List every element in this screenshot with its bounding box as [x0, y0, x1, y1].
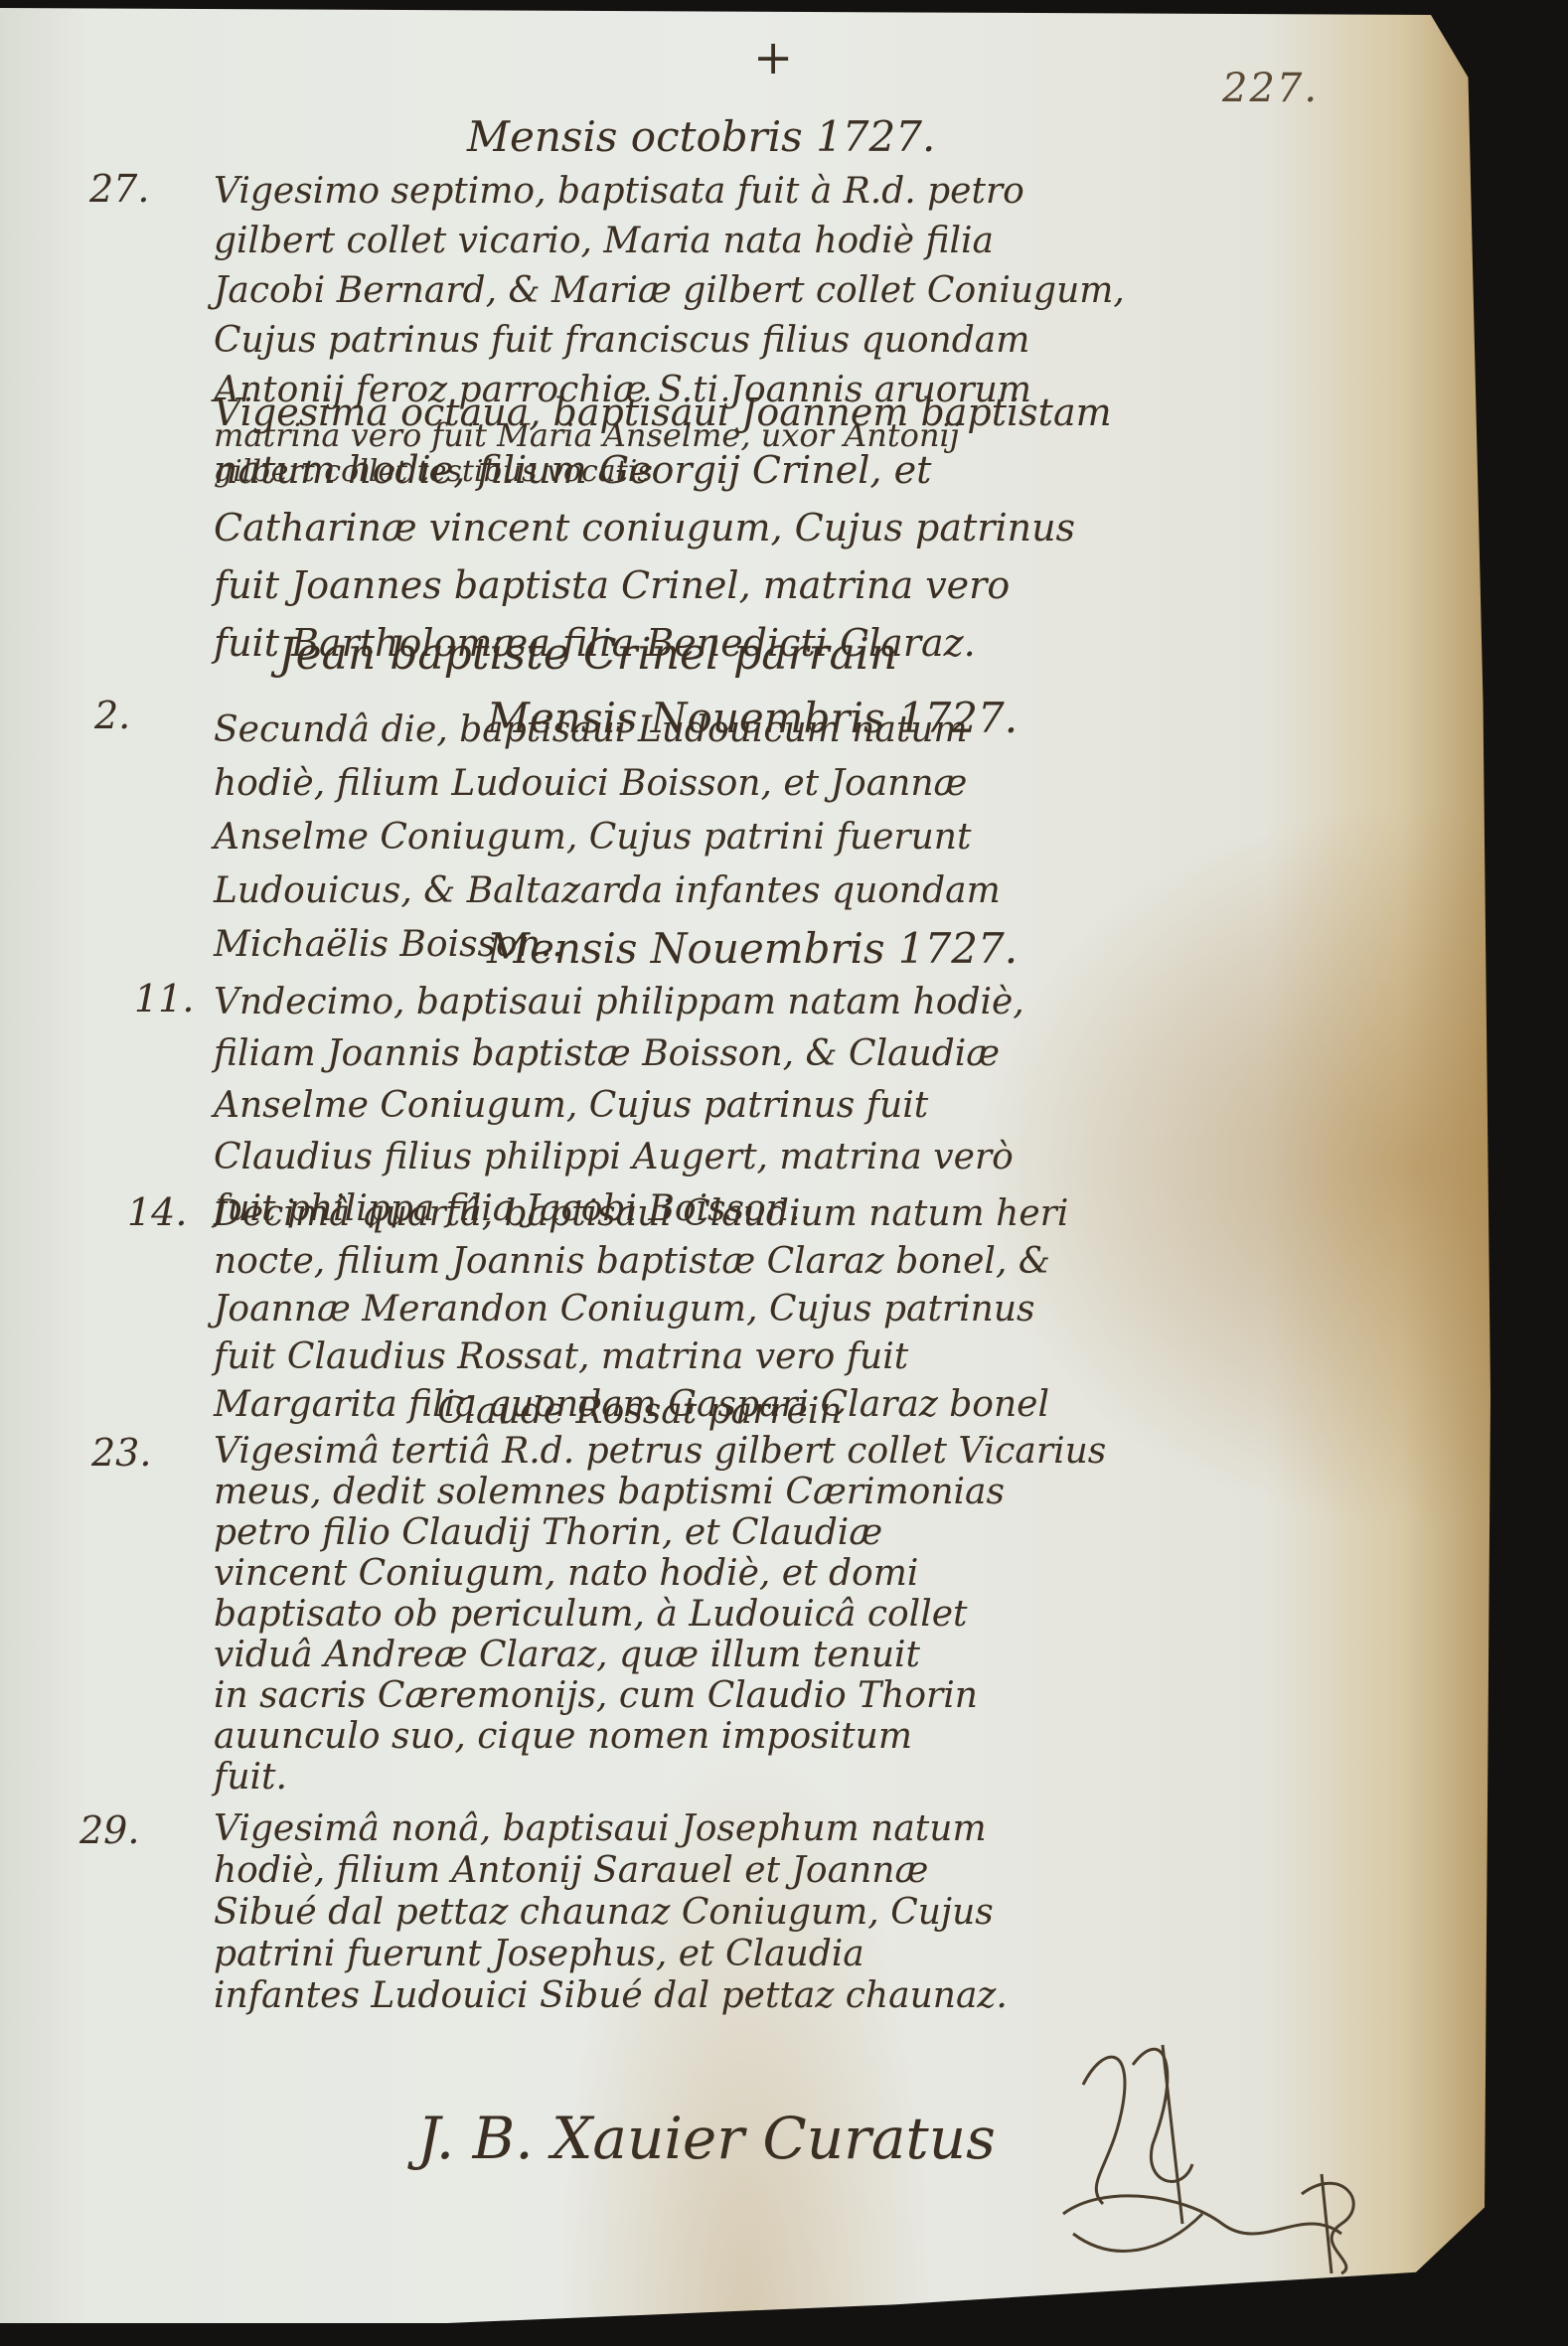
month-heading-october: Mensis octobris 1727.: [467, 112, 935, 161]
margin-day-2: 2.: [94, 694, 130, 737]
entry-line: fuit.: [214, 1757, 1466, 1798]
entry-line: hodiè, filium Antonij Sarauel et Joannæ: [214, 1850, 1466, 1892]
entry-line: hodiè, filium Ludouici Boisson, et Joann…: [214, 757, 1466, 811]
entry-line: Joannæ Merandon Coniugum, Cujus patrinus: [214, 1286, 1466, 1333]
margin-day-23: 23.: [91, 1431, 151, 1475]
entry-line: Sibué dal pettaz chaunaz Coniugum, Cujus: [214, 1892, 1466, 1934]
entry-line: Vigesimâ tertiâ R.d. petrus gilbert coll…: [214, 1431, 1466, 1472]
entry-line: Vigesimâ nonâ, baptisaui Josephum natum: [214, 1808, 1466, 1850]
register-page: + 227. Mensis octobris 1727. 27. Vigesim…: [0, 8, 1490, 2323]
godparent-note: Jean baptiste Crinel parrain: [278, 629, 897, 680]
cross-mark: +: [753, 30, 793, 85]
entry-line: fuit Joannes baptista Crinel, matrina ve…: [214, 556, 1466, 614]
margin-day-27: 27.: [89, 167, 149, 211]
folio-number: 227.: [1222, 66, 1319, 111]
entry-line: viduâ Andreæ Claraz, quæ illum tenuit: [214, 1635, 1466, 1675]
entry-line: Vigesima octaua, baptisaui Joannem bapti…: [214, 384, 1466, 441]
entry-line: nocte, filium Joannis baptistæ Claraz bo…: [214, 1238, 1466, 1286]
entry-line: Ludouicus, & Baltazarda infantes quondam: [214, 864, 1466, 918]
signature-flourish-icon: [1043, 2025, 1381, 2283]
margin-day-11: 11.: [134, 977, 194, 1020]
entry-line: in sacris Cæremonijs, cum Claudio Thorin: [214, 1675, 1466, 1716]
godparent-note: Claude Rossat parrein: [437, 1391, 843, 1432]
entry-line: infantes Ludouici Sibué dal pettaz chaun…: [214, 1975, 1466, 2017]
entry-29-november: Vigesimâ nonâ, baptisaui Josephum natum …: [214, 1808, 1466, 2017]
entry-line: auunculo suo, cique nomen impositum: [214, 1716, 1466, 1757]
margin-day-14: 14.: [127, 1190, 187, 1234]
entry-line: filiam Joannis baptistæ Boisson, & Claud…: [214, 1028, 1466, 1080]
month-heading-november-2: Mensis Nouembris 1727.: [487, 924, 1018, 973]
entry-line: natum hodie, filium Georgij Crinel, et: [214, 441, 1466, 499]
entry-line: Secundâ die, baptisaui Ludouicum natum: [214, 704, 1466, 757]
entry-line: Catharinæ vincent coniugum, Cujus patrin…: [214, 499, 1466, 556]
entry-line: Jacobi Bernard, & Mariæ gilbert collet C…: [214, 266, 1466, 316]
entry-line: Anselme Coniugum, Cujus patrini fuerunt: [214, 811, 1466, 864]
entry-line: vincent Coniugum, nato hodiè, et domi: [214, 1553, 1466, 1594]
curate-signature: J. B. Xauier Curatus: [417, 2105, 996, 2172]
entry-line: Vigesimo septimo, baptisata fuit à R.d. …: [214, 167, 1466, 217]
entry-line: Cujus patrinus fuit franciscus filius qu…: [214, 316, 1466, 366]
entry-line: patrini fuerunt Josephus, et Claudia: [214, 1934, 1466, 1975]
margin-day-29: 29.: [79, 1808, 139, 1852]
entry-23-november: Vigesimâ tertiâ R.d. petrus gilbert coll…: [214, 1431, 1466, 1798]
entry-line: petro filio Claudij Thorin, et Claudiæ: [214, 1512, 1466, 1553]
entry-line: Decimâ quartâ, baptisaui Claudium natum …: [214, 1190, 1466, 1238]
entry-line: Anselme Coniugum, Cujus patrinus fuit: [214, 1080, 1466, 1132]
entry-line: baptisato ob periculum, à Ludouicâ colle…: [214, 1594, 1466, 1635]
entry-line: Claudius filius philippi Augert, matrina…: [214, 1132, 1466, 1183]
entry-line: Vndecimo, baptisaui philippam natam hodi…: [214, 977, 1466, 1028]
entry-line: gilbert collet vicario, Maria nata hodiè…: [214, 217, 1466, 266]
entry-line: fuit Claudius Rossat, matrina vero fuit: [214, 1333, 1466, 1381]
entry-line: meus, dedit solemnes baptismi Cærimonias: [214, 1472, 1466, 1512]
